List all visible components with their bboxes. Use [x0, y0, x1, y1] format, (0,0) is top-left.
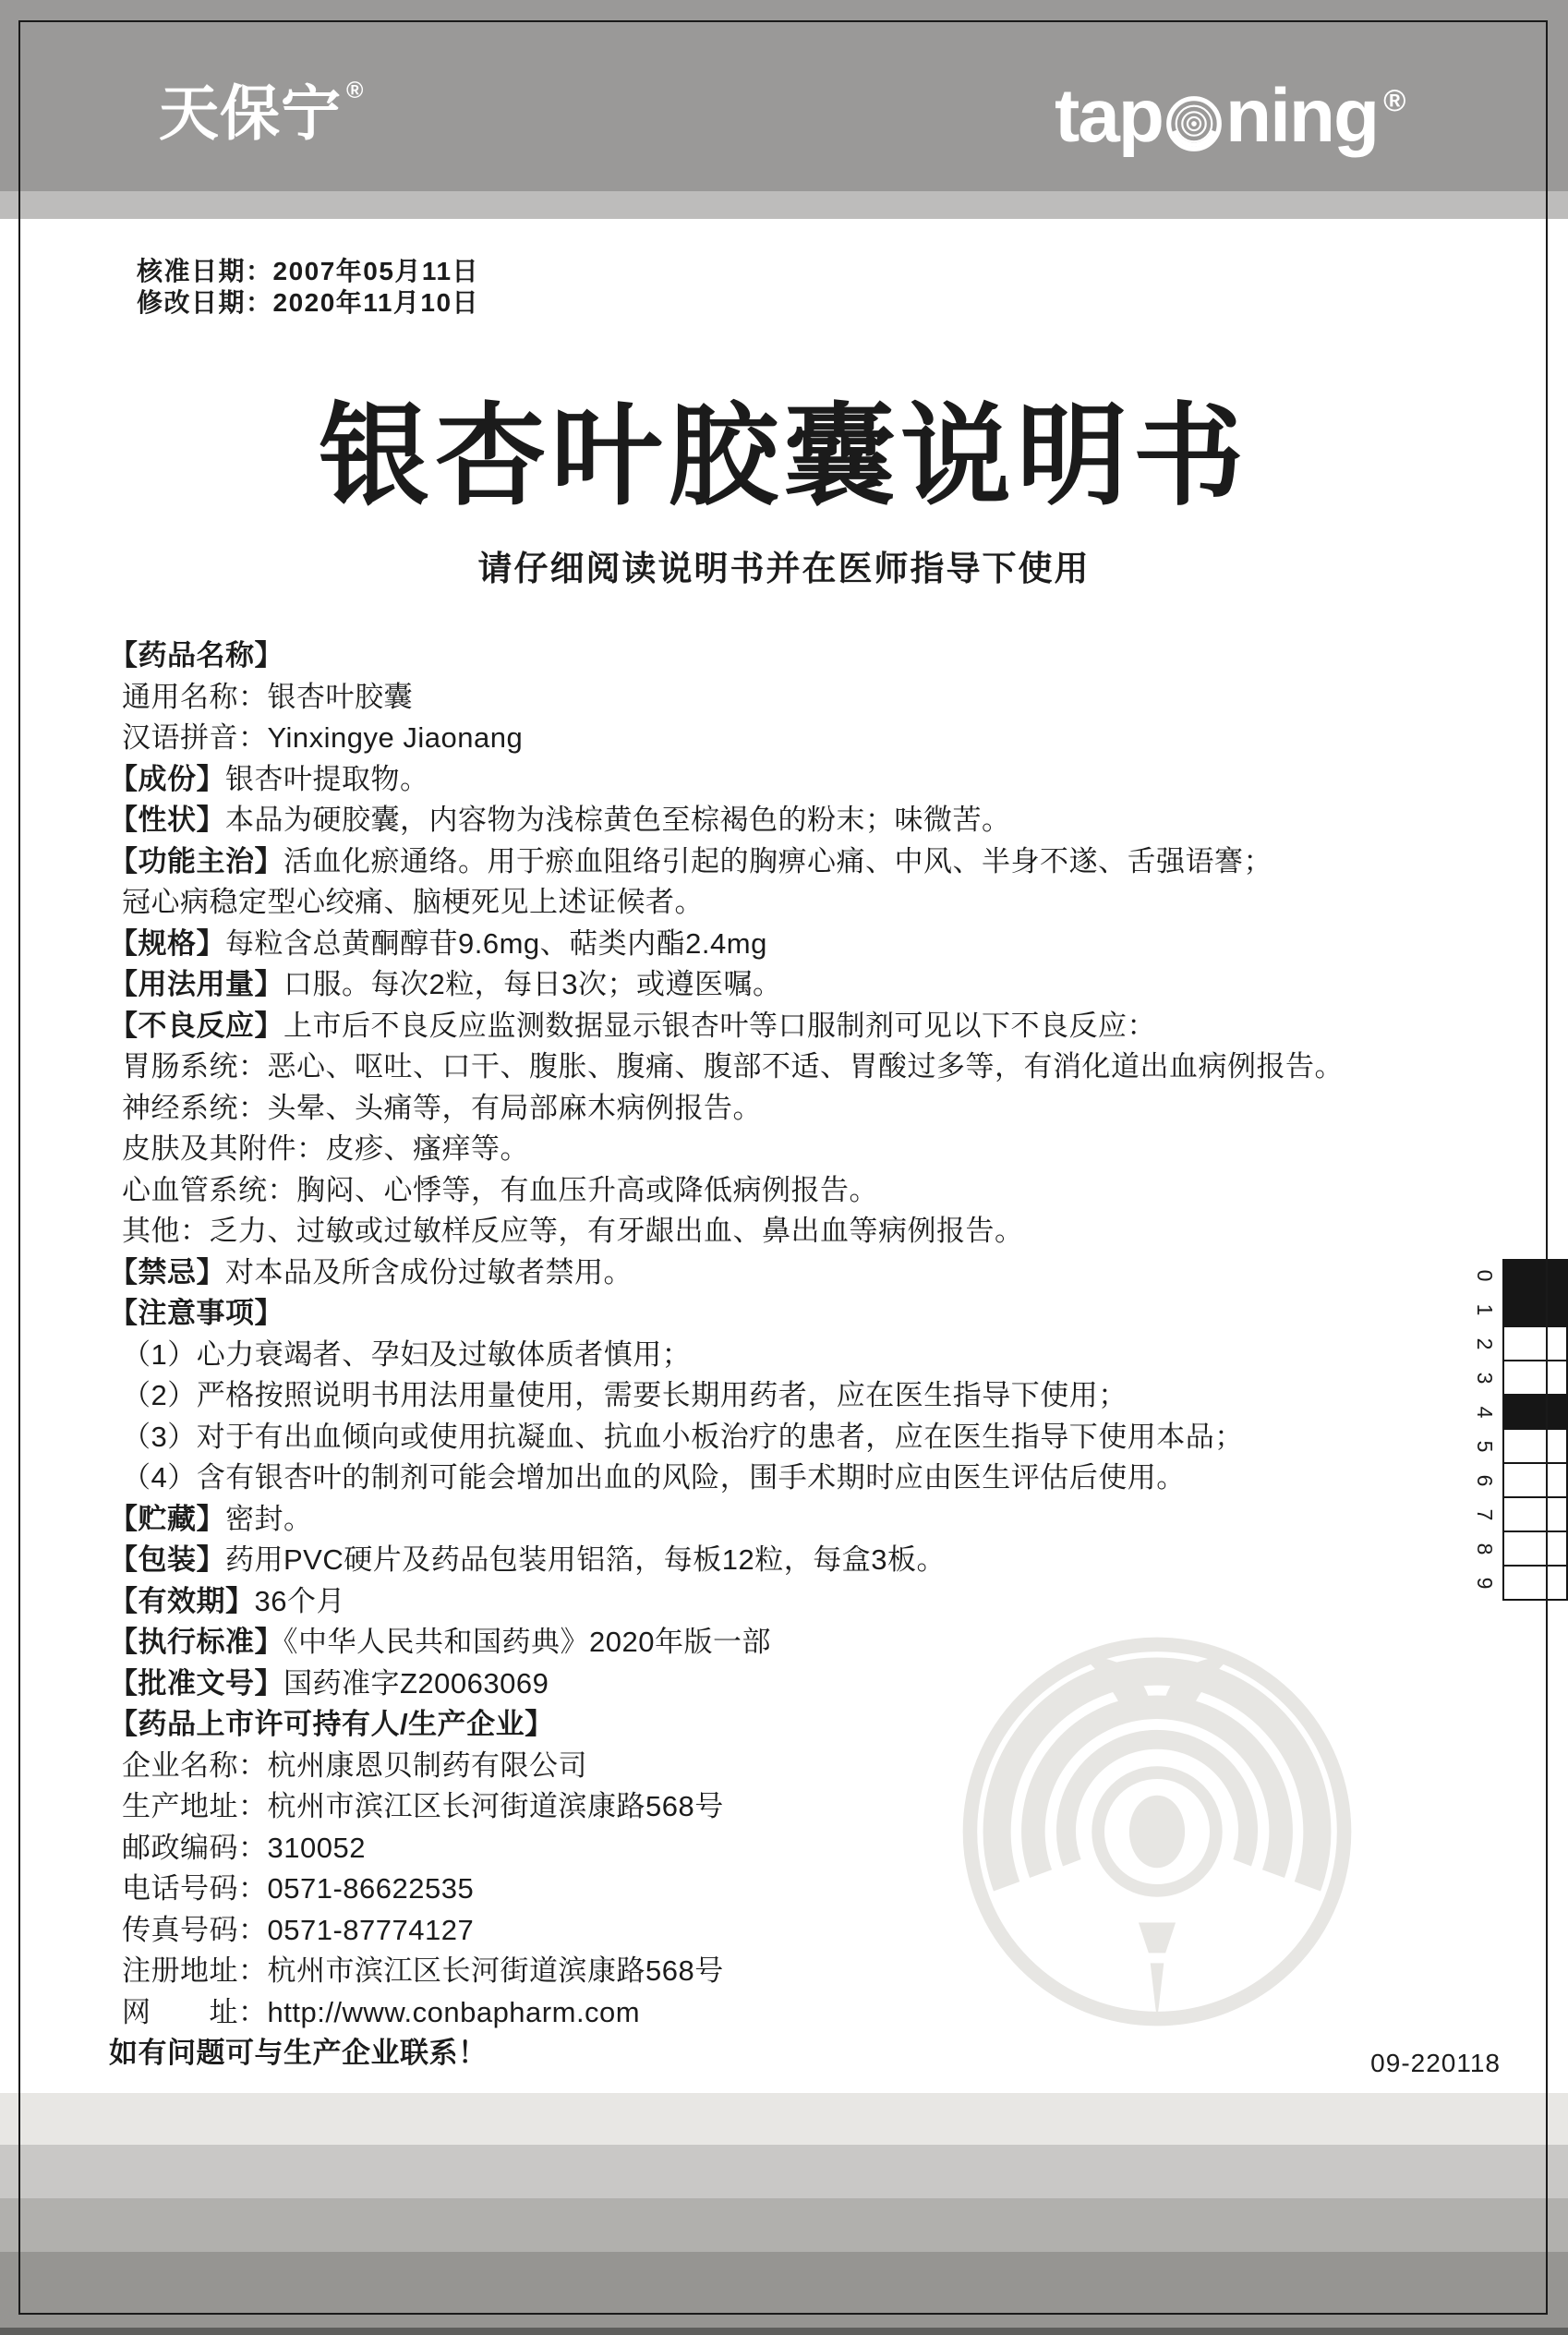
- strip-cell: [1502, 1259, 1568, 1327]
- registered-mark: ®: [1383, 85, 1405, 115]
- line-text: 国药准字Z20063069: [283, 1667, 549, 1700]
- strip-digit: 8: [1474, 1538, 1496, 1560]
- insert-line: 生产地址：杭州市滨江区长河街道滨康路568号: [109, 1786, 1344, 1828]
- brand-logo-tianbaoning: 天保宁 ®: [159, 83, 364, 143]
- section-label: 【不良反应】: [109, 1010, 283, 1042]
- section-label: 【功能主治】: [109, 845, 283, 877]
- strip-cell: [1502, 1567, 1568, 1601]
- insert-line: 如有问题可与生产企业联系！: [109, 2033, 1344, 2075]
- insert-line: 【包装】药用PVC硬片及药品包装用铝箔，每板12粒，每盒3板。: [109, 1540, 1344, 1581]
- insert-line: 企业名称：杭州康恩贝制药有限公司: [109, 1746, 1344, 1787]
- insert-line: （2）严格按照说明书用法用量使用，需要长期用药者，应在医生指导下使用；: [109, 1375, 1344, 1417]
- insert-line: 心血管系统：胸闷、心悸等，有血压升高或降低病例报告。: [109, 1170, 1344, 1212]
- line-text: 36个月: [255, 1585, 345, 1617]
- strip-cell: [1502, 1430, 1568, 1464]
- insert-line: 通用名称：银杏叶胶囊: [109, 677, 1344, 719]
- bottom-gradient-band-3: [0, 2198, 1568, 2252]
- insert-line: 【注意事项】: [109, 1293, 1344, 1335]
- line-text: 密封。: [225, 1503, 313, 1535]
- insert-line: 【规格】每粒含总黄酮醇苷9.6mg、萜类内酯2.4mg: [109, 924, 1344, 965]
- date-block: 核准日期：2007年05月11日 修改日期：2020年11月10日: [137, 256, 479, 319]
- line-text: （3）对于有出血倾向或使用抗凝血、抗血小板治疗的患者，应在医生指导下使用本品；: [122, 1421, 1244, 1453]
- insert-line: 其他：乏力、过敏或过敏样反应等，有牙龈出血、鼻出血等病例报告。: [109, 1211, 1344, 1252]
- brand-name-cn: 天保宁: [159, 83, 342, 143]
- line-text: 心血管系统：胸闷、心悸等，有血压升高或降低病例报告。: [122, 1174, 878, 1206]
- insert-line: 神经系统：头晕、头痛等，有局部麻木病例报告。: [109, 1088, 1344, 1130]
- package-insert-page: 天保宁 ® tap ning ® 核准日期：2007年05月11日 修改日期：2…: [0, 0, 1568, 2335]
- approval-date: 核准日期：2007年05月11日: [137, 256, 479, 287]
- insert-line: 胃肠系统：恶心、呕吐、口干、腹胀、腹痛、腹部不适、胃酸过多等，有消化道出血病例报…: [109, 1047, 1344, 1088]
- strip-cell: [1502, 1532, 1568, 1567]
- line-text: 皮肤及其附件：皮疹、瘙痒等。: [122, 1132, 529, 1165]
- taponing-text-pre: tap: [1055, 70, 1163, 163]
- strip-cell: [1502, 1396, 1568, 1430]
- insert-line: （3）对于有出血倾向或使用抗凝血、抗血小板治疗的患者，应在医生指导下使用本品；: [109, 1417, 1344, 1458]
- section-label: 【执行标准】: [109, 1626, 283, 1658]
- line-text: 上市后不良反应监测数据显示银杏叶等口服制剂可见以下不良反应：: [283, 1010, 1156, 1042]
- insert-line: 【贮藏】密封。: [109, 1499, 1344, 1541]
- insert-line: 传真号码：0571-87774127: [109, 1910, 1344, 1952]
- revision-date: 修改日期：2020年11月10日: [137, 287, 479, 319]
- line-text: 电话号码：0571-86622535: [122, 1872, 474, 1905]
- insert-line: 注册地址：杭州市滨江区长河街道滨康路568号: [109, 1951, 1344, 1992]
- insert-line: 【有效期】36个月: [109, 1581, 1344, 1623]
- registered-mark: ®: [346, 79, 364, 143]
- line-text: 汉语拼音：Yinxingye Jiaonang: [122, 721, 523, 754]
- line-text: 《中华人民共和国药典》2020年版一部: [283, 1626, 771, 1658]
- insert-line: （1）心力衰竭者、孕妇及过敏体质者慎用；: [109, 1335, 1344, 1376]
- section-label: 【注意事项】: [109, 1297, 283, 1329]
- line-text: 药用PVC硬片及药品包装用铝箔，每板12粒，每盒3板。: [225, 1543, 946, 1576]
- line-text: 对本品及所含成份过敏者禁用。: [225, 1256, 633, 1288]
- line-text: 胃肠系统：恶心、呕吐、口干、腹胀、腹痛、腹部不适、胃酸过多等，有消化道出血病例报…: [122, 1050, 1344, 1083]
- strip-cell: [1502, 1464, 1568, 1498]
- insert-body: 【药品名称】通用名称：银杏叶胶囊汉语拼音：Yinxingye Jiaonang【…: [109, 635, 1344, 2075]
- strip-digit: 9: [1474, 1572, 1496, 1594]
- section-label: 【用法用量】: [109, 968, 283, 1000]
- section-label: 【性状】: [109, 804, 225, 836]
- section-label: 【禁忌】: [109, 1256, 225, 1288]
- insert-line: 【成份】银杏叶提取物。: [109, 759, 1344, 801]
- section-label: 【规格】: [109, 927, 225, 960]
- line-text: （1）心力衰竭者、孕妇及过敏体质者慎用；: [122, 1338, 691, 1371]
- strip-digit: 0: [1474, 1264, 1496, 1287]
- insert-line: 【功能主治】活血化瘀通络。用于瘀血阻络引起的胸痹心痛、中风、半身不遂、舌强语謇；: [109, 841, 1344, 883]
- line-text: 传真号码：0571-87774127: [122, 1914, 474, 1946]
- line-text: 口服。每次2粒，每日3次；或遵医嘱。: [283, 968, 781, 1000]
- line-text: 冠心病稳定型心绞痛、脑梗死见上述证候者。: [122, 886, 704, 918]
- line-text: 活血化瘀通络。用于瘀血阻络引起的胸痹心痛、中风、半身不遂、舌强语謇；: [283, 845, 1272, 877]
- print-code: 09-220118: [1344, 2049, 1501, 2078]
- line-text: 本品为硬胶囊，内容物为浅棕黄色至棕褐色的粉末；味微苦。: [225, 804, 1011, 836]
- strip-digit: 3: [1474, 1367, 1496, 1389]
- brand-logo-taponing: tap ning ®: [1055, 70, 1405, 163]
- line-text: 通用名称：银杏叶胶囊: [122, 681, 413, 713]
- section-label: 【贮藏】: [109, 1503, 225, 1535]
- insert-line: 汉语拼音：Yinxingye Jiaonang: [109, 718, 1344, 759]
- insert-line: 【性状】本品为硬胶囊，内容物为浅棕黄色至棕褐色的粉末；味微苦。: [109, 800, 1344, 841]
- strip-digit: 1: [1474, 1299, 1496, 1321]
- document-title: 银杏叶胶囊说明书: [0, 392, 1568, 521]
- line-text: 企业名称：杭州康恩贝制药有限公司: [122, 1749, 587, 1782]
- insert-line: 【执行标准】《中华人民共和国药典》2020年版一部: [109, 1622, 1344, 1664]
- line-text: 神经系统：头晕、头痛等，有局部麻木病例报告。: [122, 1092, 762, 1124]
- line-text: 银杏叶提取物。: [225, 763, 429, 795]
- line-text: （2）严格按照说明书用法用量使用，需要长期用药者，应在医生指导下使用；: [122, 1379, 1128, 1411]
- section-label: 【药品上市许可持有人/生产企业】: [109, 1708, 554, 1740]
- strip-digit: 7: [1474, 1504, 1496, 1526]
- print-control-strip: [1502, 1259, 1568, 1601]
- insert-line: 【用法用量】口服。每次2粒，每日3次；或遵医嘱。: [109, 964, 1344, 1006]
- line-text: 如有问题可与生产企业联系！: [109, 2037, 488, 2069]
- section-label: 【成份】: [109, 763, 225, 795]
- insert-line: 【药品上市许可持有人/生产企业】: [109, 1704, 1344, 1746]
- strip-digit: 5: [1474, 1435, 1496, 1458]
- bottom-gradient-band-1: [0, 2093, 1568, 2145]
- insert-line: 网 址：http://www.conbapharm.com: [109, 1992, 1344, 2034]
- line-text: 生产地址：杭州市滨江区长河街道滨康路568号: [122, 1790, 724, 1822]
- page-bottom-edge: [0, 2328, 1568, 2335]
- section-label: 【有效期】: [109, 1585, 255, 1617]
- insert-line: 【批准文号】国药准字Z20063069: [109, 1664, 1344, 1705]
- insert-line: 皮肤及其附件：皮疹、瘙痒等。: [109, 1129, 1344, 1170]
- taponing-text-post: ning: [1225, 70, 1378, 163]
- section-label: 【药品名称】: [109, 639, 283, 671]
- insert-line: 【禁忌】对本品及所含成份过敏者禁用。: [109, 1252, 1344, 1294]
- line-text: 网 址：http://www.conbapharm.com: [122, 1996, 640, 2028]
- insert-line: 电话号码：0571-86622535: [109, 1869, 1344, 1910]
- header-substrip: [0, 191, 1568, 219]
- insert-line: （4）含有银杏叶的制剂可能会增加出血的风险，围手术期时应由医生评估后使用。: [109, 1458, 1344, 1499]
- ginkgo-ring-icon: [1164, 94, 1224, 153]
- strip-cell: [1502, 1361, 1568, 1396]
- strip-digit: 4: [1474, 1401, 1496, 1423]
- insert-line: 冠心病稳定型心绞痛、脑梗死见上述证候者。: [109, 882, 1344, 924]
- bottom-gradient-band-2: [0, 2145, 1568, 2198]
- strip-digit: 6: [1474, 1470, 1496, 1492]
- line-text: 每粒含总黄酮醇苷9.6mg、萜类内酯2.4mg: [225, 927, 767, 960]
- bottom-gradient-band-4: [0, 2252, 1568, 2328]
- section-label: 【包装】: [109, 1543, 225, 1576]
- line-text: （4）含有银杏叶的制剂可能会增加出血的风险，围手术期时应由医生评估后使用。: [122, 1461, 1186, 1494]
- strip-cell: [1502, 1327, 1568, 1361]
- insert-line: 【药品名称】: [109, 635, 1344, 677]
- strip-digit: 2: [1474, 1333, 1496, 1355]
- insert-line: 邮政编码：310052: [109, 1828, 1344, 1869]
- document-subtitle: 请仔细阅读说明书并在医师指导下使用: [0, 549, 1568, 589]
- line-text: 邮政编码：310052: [122, 1832, 366, 1864]
- strip-cell: [1502, 1498, 1568, 1532]
- section-label: 【批准文号】: [109, 1667, 283, 1700]
- line-text: 其他：乏力、过敏或过敏样反应等，有牙龈出血、鼻出血等病例报告。: [122, 1215, 1024, 1247]
- insert-line: 【不良反应】上市后不良反应监测数据显示银杏叶等口服制剂可见以下不良反应：: [109, 1006, 1344, 1047]
- line-text: 注册地址：杭州市滨江区长河街道滨康路568号: [122, 1954, 724, 1987]
